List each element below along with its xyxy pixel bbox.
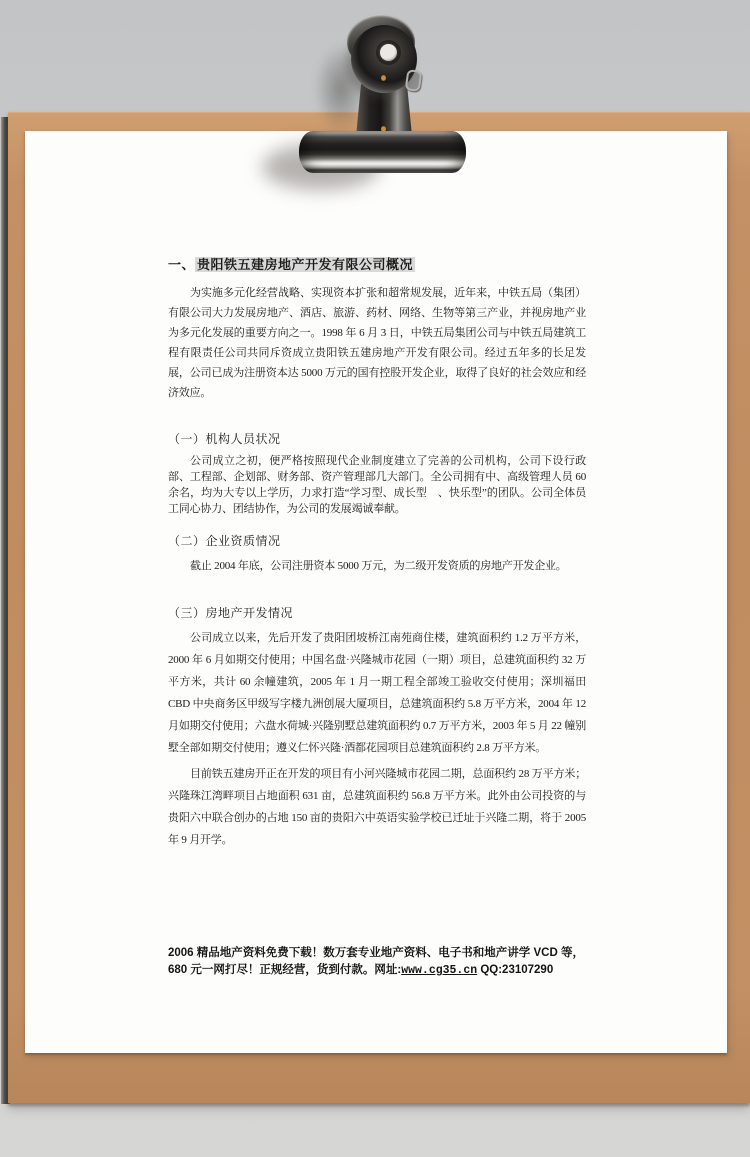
- footer-website-url: www.cg35.cn: [401, 964, 477, 977]
- section-3-paragraph-1: 公司成立以来，先后开发了贵阳团坡桥江南苑商住楼，建筑面积约 1.2 万平方米，2…: [168, 627, 586, 759]
- clip-spring-head: [351, 25, 417, 93]
- footer-line-2-text: 680 元一网打尽！正规经营，货到付款。网址:: [168, 964, 401, 976]
- title-number-prefix: 一、: [168, 257, 195, 272]
- section-1-paragraph: 公司成立之初，便严格按照现代企业制度建立了完善的公司机构，公司下设行政部、工程部…: [168, 453, 586, 517]
- document-title: 一、贵阳铁五建房地产开发有限公司概况: [168, 255, 586, 275]
- footer-line-1: 2006 精品地产资料免费下载！数万套专业地产资料、电子书和地产讲学 VCD 等…: [168, 945, 586, 962]
- document-body: 一、贵阳铁五建房地产开发有限公司概况 为实施多元化经营战略、实现资本扩张和超常规…: [168, 131, 586, 851]
- section-heading-2: （二）企业资质情况: [168, 533, 586, 549]
- section-heading-1: （一）机构人员状况: [168, 431, 586, 447]
- clip-head-hole: [380, 44, 397, 61]
- section-heading-3: （三）房地产开发情况: [168, 605, 586, 621]
- section-3-paragraph-2: 目前铁五建房开正在开发的项目有小河兴隆城市花园二期，总面积约 28 万平方米；兴…: [168, 763, 586, 851]
- section-2-paragraph: 截止 2004 年底，公司注册资本 5000 万元，为二级开发资质的房地产开发企…: [168, 558, 586, 574]
- clip-wire-latch: [405, 69, 423, 92]
- intro-paragraph: 为实施多元化经营战略、实现资本扩张和超常规发展，近年来，中铁五局（集团）有限公司…: [168, 283, 586, 403]
- clipboard-board: 一、贵阳铁五建房地产开发有限公司概况 为实施多元化经营战略、实现资本扩张和超常规…: [8, 112, 750, 1103]
- footer-line-2: 680 元一网打尽！正规经营，货到付款。网址:www.cg35.cn QQ:23…: [168, 962, 586, 979]
- clip-rust-fleck-top: [381, 75, 386, 81]
- title-highlighted-text: 贵阳铁五建房地产开发有限公司概况: [195, 257, 415, 272]
- paper-sheet: 一、贵阳铁五建房地产开发有限公司概况 为实施多元化经营战略、实现资本扩张和超常规…: [25, 131, 727, 1053]
- footer-qq-number: QQ:23107290: [477, 964, 553, 976]
- clip-spring-coil-back: [347, 14, 415, 70]
- photo-background-wall: 一、贵阳铁五建房地产开发有限公司概况 为实施多元化经营战略、实现资本扩张和超常规…: [0, 0, 750, 1157]
- advertisement-footer: 2006 精品地产资料免费下载！数万套专业地产资料、电子书和地产讲学 VCD 等…: [168, 945, 586, 979]
